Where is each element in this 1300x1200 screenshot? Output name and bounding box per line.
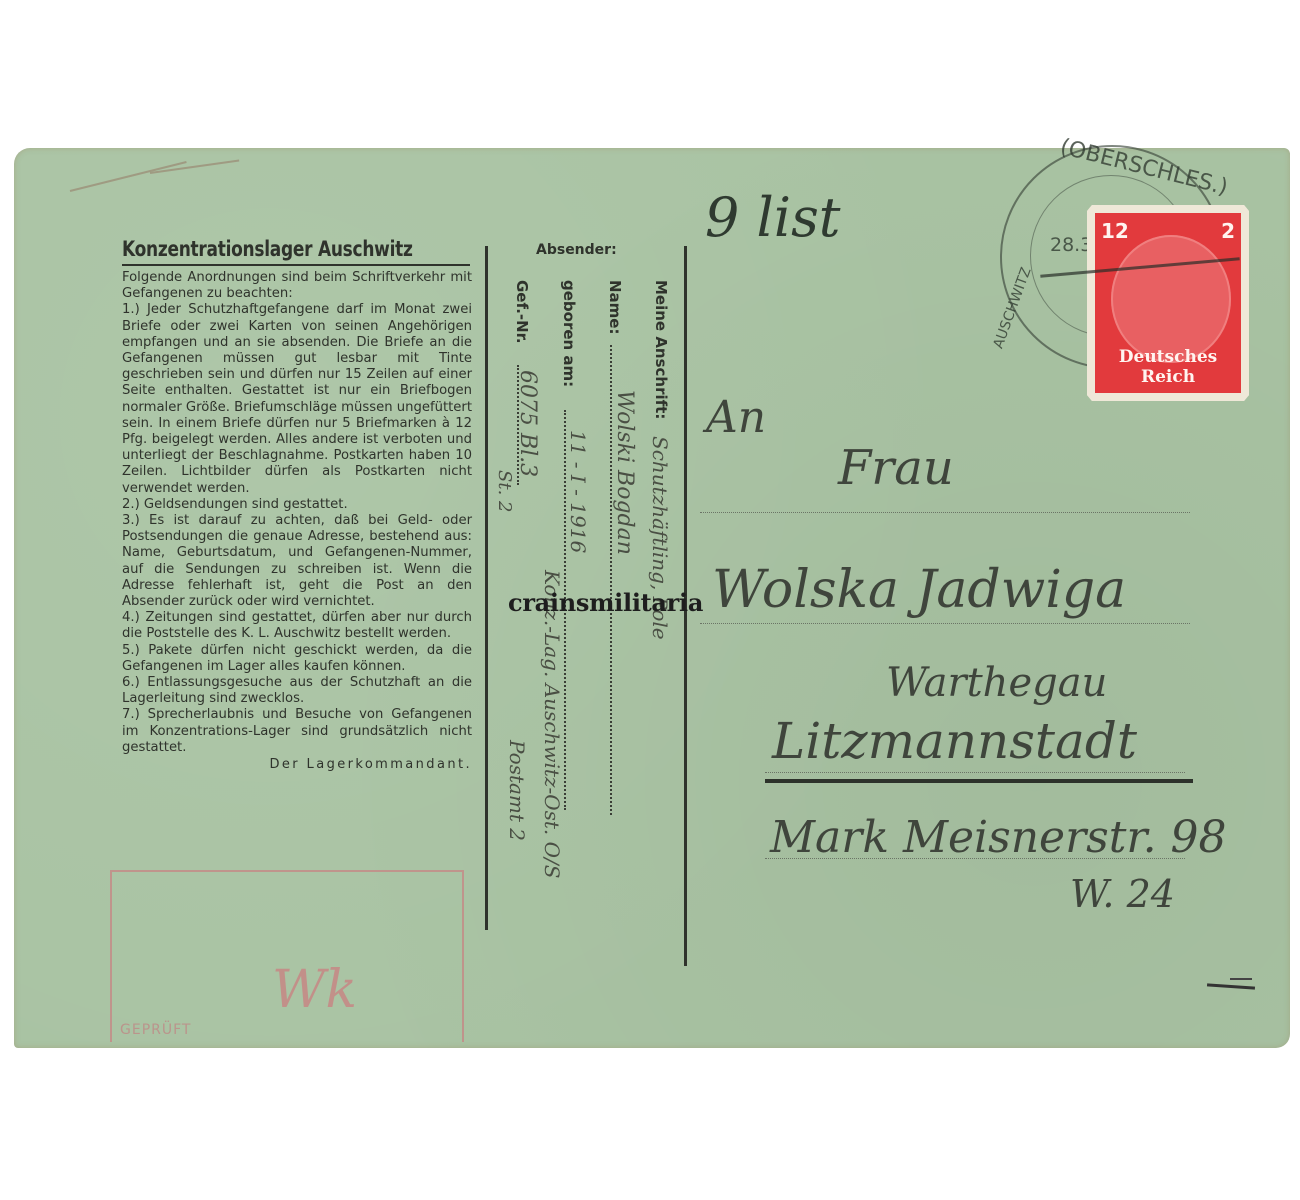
name-value: Wolski Bogdan: [612, 390, 637, 555]
stamp-value-left: 12: [1101, 219, 1129, 243]
sender-heading: Absender:: [536, 242, 617, 258]
address-line-1: [700, 512, 1190, 513]
stamp-value-right: 2: [1221, 219, 1235, 243]
notice-rule-2: 2.) Geldsendungen sind gestattet.: [122, 497, 472, 513]
born-value: 11 - I - 1916: [566, 430, 590, 553]
recipient-name: Wolska Jadwiga: [712, 560, 1126, 620]
camp-regulations-notice: Konzentrationslager Auschwitz Folgende A…: [122, 236, 472, 772]
address-label: Meine Anschrift:: [652, 280, 670, 419]
recipient-region: Warthegau: [886, 660, 1107, 706]
notice-rule-6: 6.) Entlassungsgesuche aus der Schutzhaf…: [122, 675, 472, 707]
notice-rule-4: 4.) Zeitungen sind gestattet, dürfen abe…: [122, 610, 472, 642]
censor-initials: Wk: [272, 960, 357, 1020]
postage-stamp: 12 2 Deutsches Reich: [1087, 205, 1249, 401]
divider-left: [485, 246, 488, 930]
notice-intro: Folgende Anordnungen sind beim Schriftve…: [122, 270, 472, 302]
top-annotation: 9 list: [705, 186, 840, 249]
recipient-apartment: W. 24: [1070, 872, 1175, 916]
censor-label: GEPRÜFT: [120, 1022, 191, 1038]
stamp-country: Deutsches Reich: [1095, 347, 1241, 387]
title-underline: [122, 264, 470, 266]
address-line-2: [700, 623, 1190, 624]
address-line-4: [765, 858, 1185, 859]
notice-rule-1: 1.) Jeder Schutzhaftgefangene darf im Mo…: [122, 302, 472, 496]
recipient-salutation: Frau: [838, 440, 954, 496]
portrait-icon: [1111, 235, 1231, 363]
watermark: crainsmilitaria: [508, 588, 703, 617]
recipient-city: Litzmannstadt: [772, 712, 1137, 770]
notice-rule-7: 7.) Sprecherlaubnis und Besuche von Gefa…: [122, 707, 472, 756]
recipient-street: Mark Meisnerstr. 98: [770, 812, 1227, 863]
recipient-to: An: [706, 392, 766, 443]
pen-mark: [1230, 978, 1252, 980]
prisoner-number-label: Gef.-Nr.: [513, 280, 531, 344]
address-line-3: [765, 772, 1185, 773]
post-office-line: Postamt 2: [505, 740, 529, 841]
prisoner-number-value: 6075 Bl.3: [515, 370, 540, 477]
extra-note: St. 2: [494, 470, 515, 512]
born-label: geboren am:: [560, 280, 578, 387]
notice-title: Konzentrationslager Auschwitz: [122, 236, 437, 262]
notice-signature: Der Lagerkommandant.: [122, 757, 472, 772]
notice-rule-5: 5.) Pakete dürfen nicht geschickt werden…: [122, 643, 472, 675]
notice-rule-3: 3.) Es ist darauf zu achten, daß bei Gel…: [122, 513, 472, 610]
city-underline: [765, 779, 1193, 783]
name-label: Name:: [606, 280, 624, 334]
